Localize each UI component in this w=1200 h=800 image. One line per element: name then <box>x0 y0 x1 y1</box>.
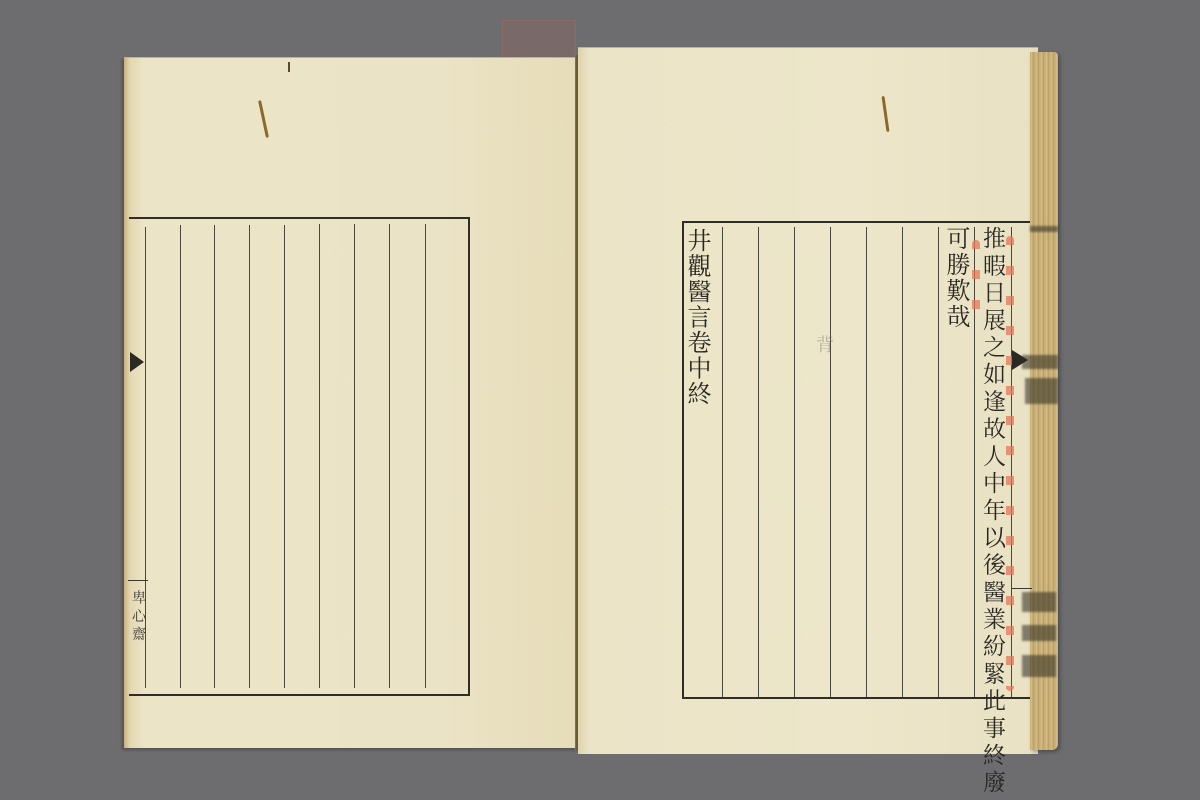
left-top-tick <box>288 62 290 72</box>
fore-edge-mark-volume-2 <box>1025 378 1058 404</box>
fore-edge-title-3 <box>1022 655 1056 677</box>
text-column-2: 可勝歎哉 <box>944 226 968 330</box>
colophon-title: 井觀醫言卷中終 <box>685 228 709 407</box>
left-page-frame <box>129 217 470 696</box>
fore-edge-title-2 <box>1022 625 1056 641</box>
left-margin-rule <box>128 580 148 581</box>
show-through-char: 背 <box>810 335 836 353</box>
right-margin-rule <box>1012 588 1032 589</box>
left-margin-label: 卑 心 齋 <box>128 590 148 641</box>
text-column-1: 推暇日展之如逢故人中年以後醫業紛緊此事終廢 <box>980 226 1003 797</box>
right-fish-tail-mark <box>1012 350 1028 370</box>
left-fish-tail-mark <box>130 352 144 372</box>
fore-edge-title-1 <box>1022 592 1056 612</box>
fore-edge-mark-top <box>1030 226 1058 232</box>
annotation-dots-col-1 <box>1006 236 1014 691</box>
